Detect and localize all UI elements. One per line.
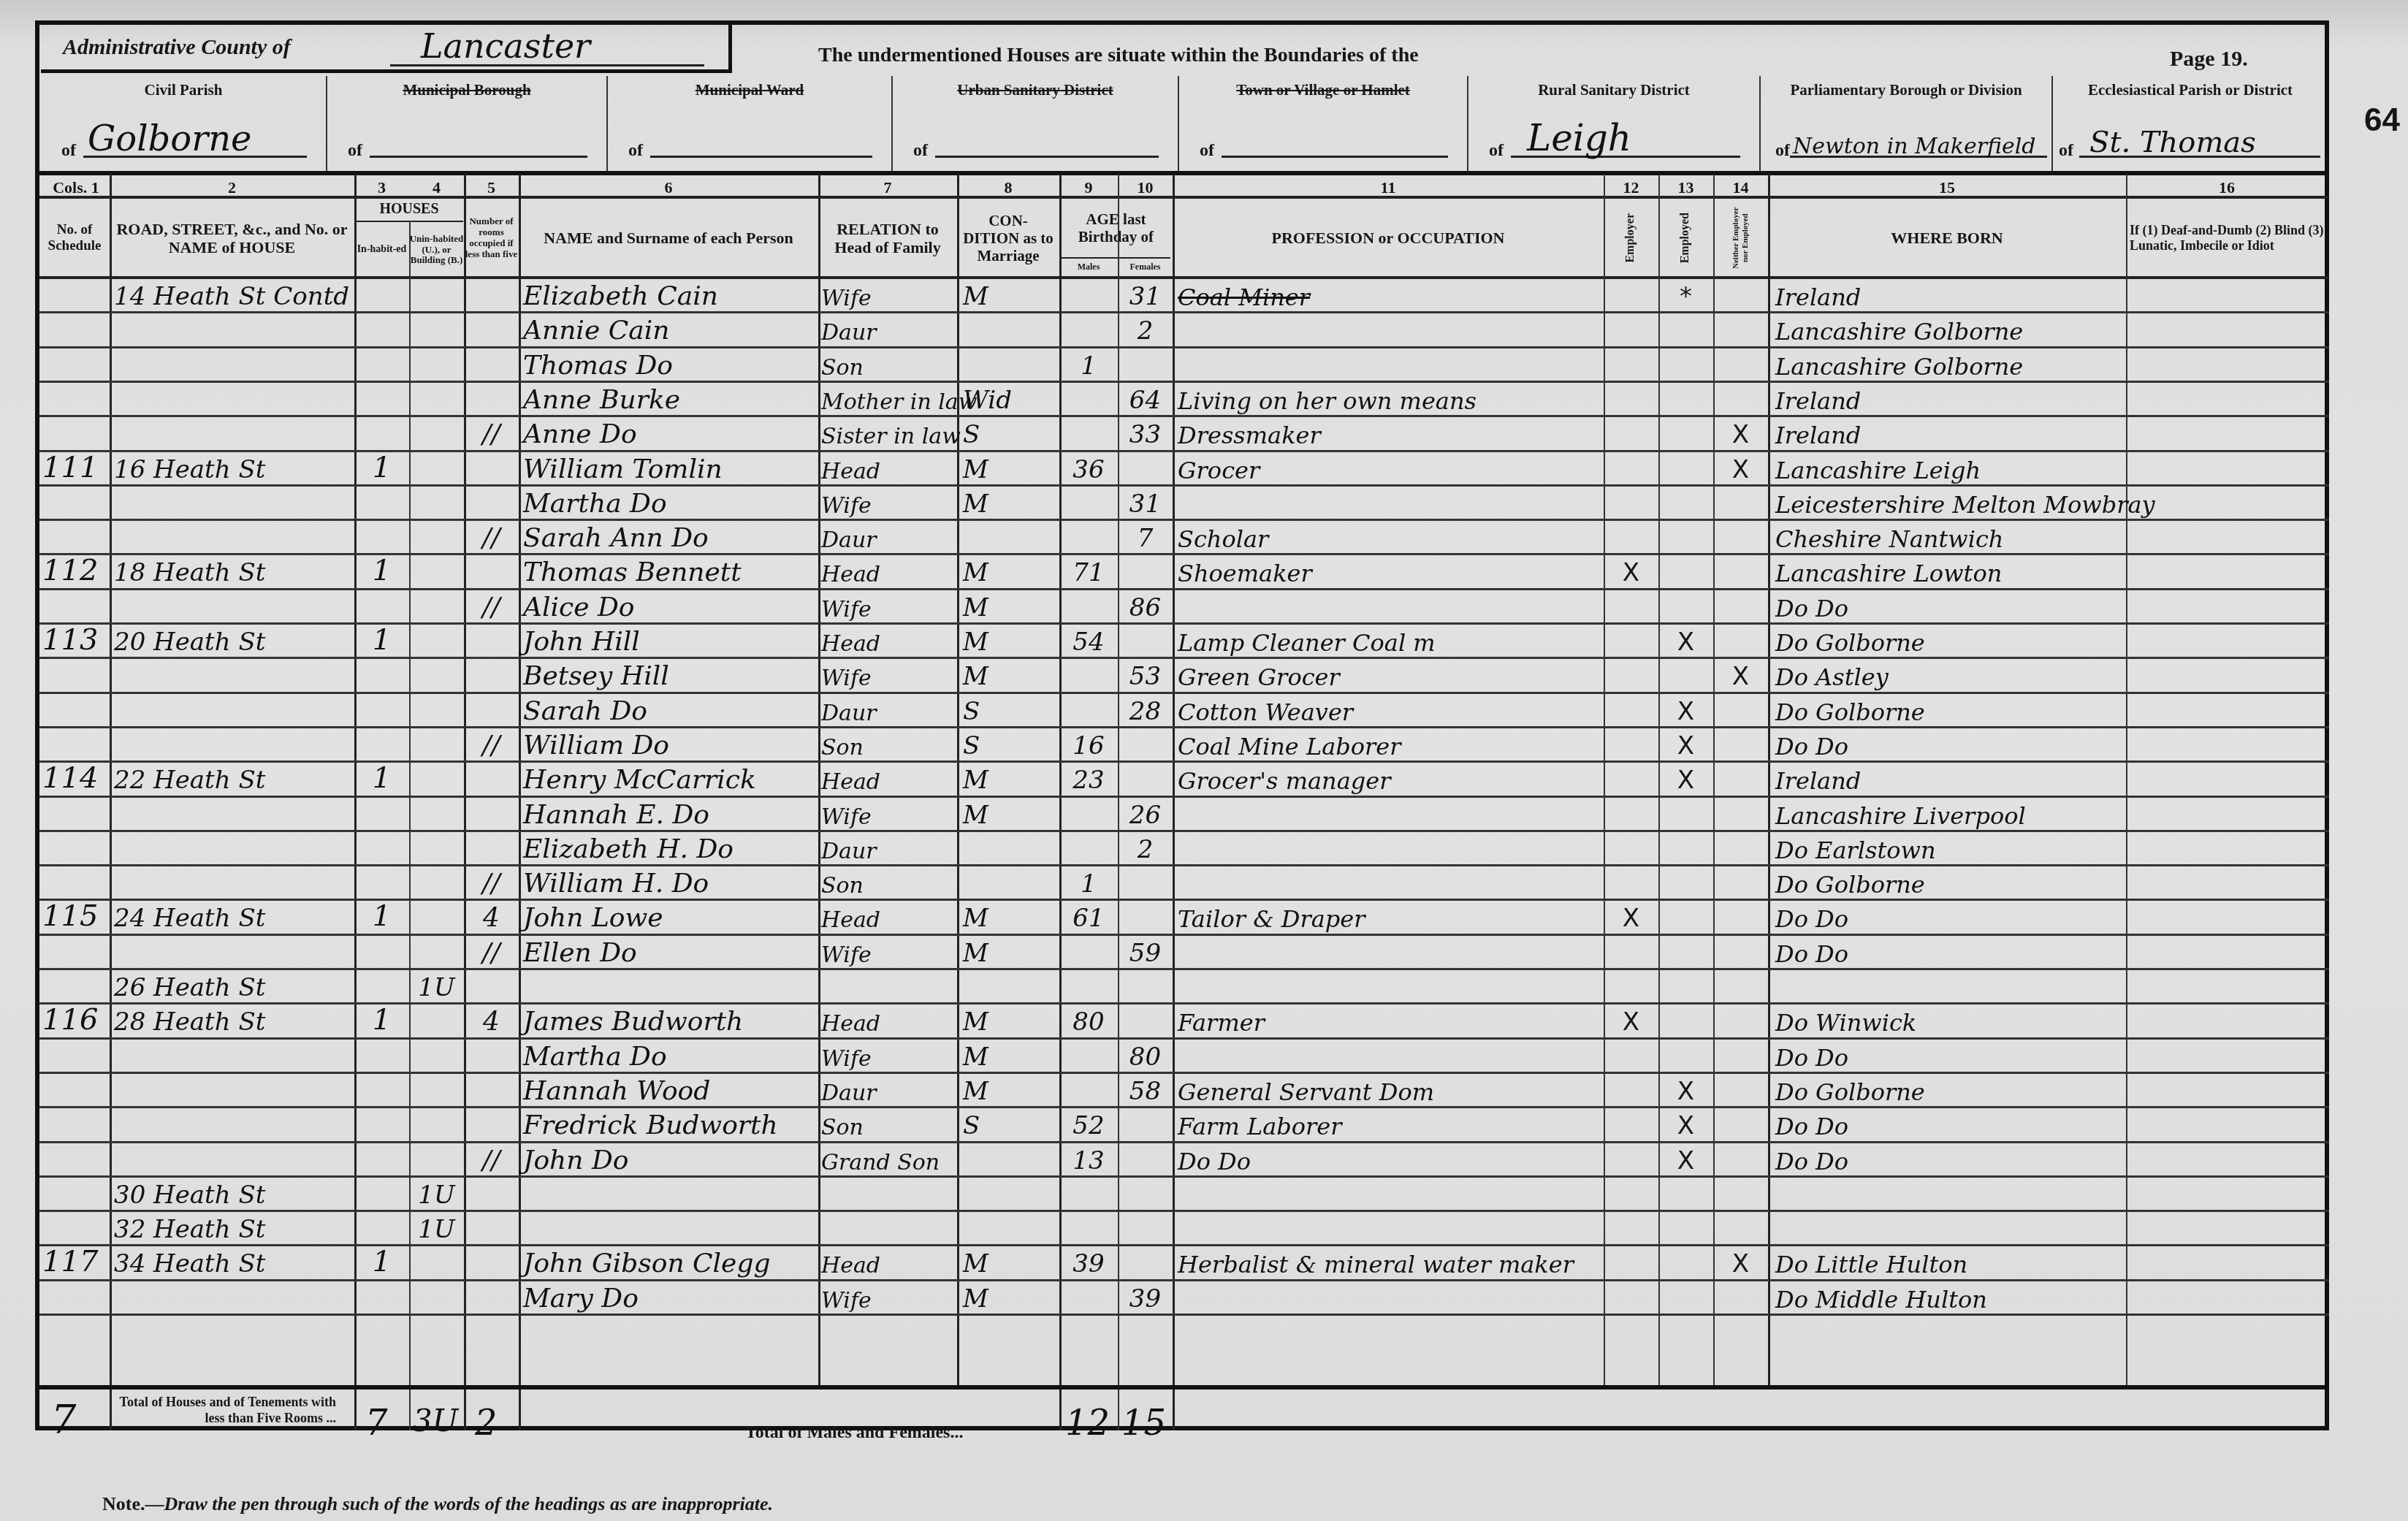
header-males: Males [1059,259,1118,276]
cell-male-age: 1 [1059,866,1118,900]
header-schedule: No. of Schedule [39,199,110,278]
cell-male-age [1059,1074,1118,1108]
cell-schedule: 116 [42,1005,110,1038]
total-persons-label: Total of Males and Females... [745,1423,963,1443]
total-schedules: 7 [51,1397,76,1443]
cell-neither [1713,590,1768,624]
cell-neither [1713,1005,1768,1038]
cell-schedule [42,313,110,347]
cell-relation: Head [821,1246,957,1280]
cell-occupation [1178,936,1604,969]
cell-address [114,1074,354,1108]
cell-name [523,1178,818,1211]
of-label: of [913,141,928,161]
cell-address [114,487,354,520]
cell-female-age: 80 [1118,1040,1173,1073]
cell-address: 18 Heath St [114,555,354,589]
cell-rooms [464,798,519,831]
cell-relation: Sister in law [821,417,957,451]
col-number: 14 [1713,178,1768,197]
cell-address: 22 Heath St [114,763,354,796]
cell-address [114,1281,354,1315]
cell-uninhab [409,866,464,900]
cell-occupation: Farmer [1178,1005,1604,1038]
cell-uninhab [409,1246,464,1280]
cell-neither [1713,1281,1768,1315]
cell-condition: Wid [963,383,1059,416]
col-number: 9 [1059,178,1118,197]
cell-occupation: Tailor & Draper [1178,901,1604,934]
cell-female-age: 31 [1118,487,1173,520]
cell-relation: Wife [821,936,957,969]
cell-born: Ireland [1775,383,2126,416]
cell-address: 30 Heath St [114,1178,354,1211]
cell-employer: X [1604,901,1658,934]
header-rooms: Number of rooms occupied if less than fi… [464,199,519,278]
cell-rooms [464,487,519,520]
cell-relation: Head [821,625,957,658]
cell-inhab [354,1281,409,1315]
cell-condition [963,521,1059,554]
cell-condition: M [963,1246,1059,1280]
cell-born: Do Golborne [1775,866,2126,900]
note-label: Note.— [102,1493,164,1514]
cell-rooms [464,1074,519,1108]
cell-male-age: 61 [1059,901,1118,934]
cell-employed: X [1658,625,1713,658]
cell-schedule: 117 [42,1246,110,1280]
cell-schedule [42,728,110,762]
cell-relation: Daur [821,832,957,866]
cell-rooms: // [464,936,519,969]
cell-uninhab [409,1005,464,1038]
cell-employer [1604,279,1658,313]
cell-rooms [464,1281,519,1315]
cell-condition: M [963,763,1059,796]
cell-employed [1658,832,1713,866]
header-employed: Employed [1658,199,1713,278]
cell-relation: Wife [821,590,957,624]
cell-condition: M [963,279,1059,313]
cell-employed: X [1658,694,1713,728]
cell-rooms [464,694,519,728]
cell-rooms [464,1246,519,1280]
cell-inhab [354,1040,409,1073]
cell-employer [1604,1040,1658,1073]
cell-name: Mary Do [523,1281,818,1315]
cell-employer [1604,1246,1658,1280]
cell-inhab [354,798,409,831]
cell-occupation: Farm Laborer [1178,1108,1604,1142]
cell-uninhab [409,383,464,416]
cell-address [114,1108,354,1142]
cell-employed [1658,313,1713,347]
cell-rooms [464,970,519,1004]
cell-employed [1658,1005,1713,1038]
cell-name: Thomas Do [523,348,818,382]
cell-name: Anne Do [523,417,818,451]
cell-schedule [42,417,110,451]
cell-occupation [1178,1212,1604,1246]
cell-employed [1658,1178,1713,1211]
total-houses-label: Total of Houses and of Tenements with le… [117,1394,336,1426]
district-label: Town or Village or Hamlet [1179,82,1467,98]
cell-condition: M [963,452,1059,486]
employer-label: Employer [1624,213,1637,263]
cell-condition [963,348,1059,382]
cell-uninhab [409,417,464,451]
cell-name: Martha Do [523,1040,818,1073]
cell-employer [1604,763,1658,796]
cell-neither [1713,1074,1768,1108]
cell-born: Lancashire Golborne [1775,313,2126,347]
district-label: Rural Sanitary District [1468,82,1759,98]
cell-employed [1658,936,1713,969]
header-age: AGE last Birthday of [1059,199,1173,257]
cell-condition: S [963,694,1059,728]
cell-employed: X [1658,763,1713,796]
cell-employer [1604,1143,1658,1177]
cell-employer [1604,866,1658,900]
cell-condition: M [963,555,1059,589]
cell-employer [1604,348,1658,382]
cell-schedule [42,279,110,313]
cell-male-age [1059,1212,1118,1246]
cell-occupation: Herbalist & mineral water maker [1178,1246,1604,1280]
cell-employer [1604,487,1658,520]
cell-occupation: Living on her own means [1178,383,1604,416]
cell-condition [963,313,1059,347]
cell-neither [1713,279,1768,313]
cell-employer [1604,694,1658,728]
cell-condition: M [963,1040,1059,1073]
district-label: Parliamentary Borough or Division [1761,82,2051,98]
cell-employed [1658,1040,1713,1073]
cell-inhab [354,832,409,866]
col-rule [519,174,521,1430]
cell-neither [1713,521,1768,554]
district-parliamentary: Parliamentary Borough or Division of New… [1761,76,2053,171]
cell-employed [1658,555,1713,589]
total-rooms: 2 [475,1403,498,1444]
cell-male-age: 52 [1059,1108,1118,1142]
cell-address: 28 Heath St [114,1005,354,1038]
cell-female-age: 64 [1118,383,1173,416]
cell-address [114,417,354,451]
cell-name: Hannah Wood [523,1074,818,1108]
cell-name: Betsey Hill [523,659,818,693]
header-condition: CON-DITION as to Marriage [961,199,1056,278]
cell-neither [1713,694,1768,728]
cell-male-age [1059,417,1118,451]
cell-employed [1658,487,1713,520]
district-value: St. Thomas [2089,126,2256,159]
cell-neither [1713,1212,1768,1246]
cell-male-age [1059,1040,1118,1073]
cell-rooms [464,1212,519,1246]
cell-employer [1604,728,1658,762]
district-municipal-borough: Municipal Borough of [327,76,608,171]
cell-inhab [354,590,409,624]
col-rule [110,174,112,1430]
cell-occupation [1178,866,1604,900]
cell-employer [1604,383,1658,416]
header-neither: Neither Employer nor Employed [1713,199,1768,278]
cell-female-age: 31 [1118,279,1173,313]
cell-female-age: 58 [1118,1074,1173,1108]
cell-condition [963,970,1059,1004]
cell-name: Sarah Do [523,694,818,728]
cell-inhab [354,1212,409,1246]
district-rural-sanitary: Rural Sanitary District of Leigh [1468,76,1761,171]
cell-relation [821,1178,957,1211]
cell-employer [1604,1108,1658,1142]
cell-female-age [1118,1143,1173,1177]
cell-address [114,694,354,728]
cell-male-age: 36 [1059,452,1118,486]
cell-born: Do Do [1775,1143,2126,1177]
cell-schedule [42,1212,110,1246]
cell-neither [1713,936,1768,969]
cell-address [114,659,354,693]
cell-condition [963,1178,1059,1211]
cell-inhab [354,659,409,693]
col-number: 4 [409,178,464,197]
cell-occupation [1178,348,1604,382]
cell-relation: Wife [821,487,957,520]
cell-name: John Lowe [523,901,818,934]
cell-name [523,1212,818,1246]
cell-name: James Budworth [523,1005,818,1038]
cell-uninhab [409,521,464,554]
cell-employed [1658,1246,1713,1280]
cell-female-age [1118,763,1173,796]
cell-uninhab [409,1108,464,1142]
cell-born: Do Do [1775,1040,2126,1073]
district-ecclesiastical: Ecclesiastical Parish or District of St.… [2053,76,2328,171]
cell-born: Leicestershire Melton Mowbray [1775,487,2126,520]
cell-uninhab [409,936,464,969]
col-number: 7 [818,178,957,197]
cell-relation: Wife [821,279,957,313]
cell-employer [1604,625,1658,658]
col-number: 11 [1173,178,1604,197]
cell-rooms [464,313,519,347]
cell-relation: Mother in law [821,383,957,416]
cell-born: Do Do [1775,1108,2126,1142]
cell-occupation: General Servant Dom [1178,1074,1604,1108]
cell-schedule [42,936,110,969]
cell-schedule [42,590,110,624]
cell-condition [963,1143,1059,1177]
header-uninhabited: Unin-habited (U.), or Building (B.) [409,224,464,276]
cell-employed: X [1658,1074,1713,1108]
cell-rooms: // [464,417,519,451]
header-where-born: WHERE BORN [1772,199,2122,278]
cell-uninhab [409,1281,464,1315]
cell-rooms [464,763,519,796]
cell-address: 14 Heath St Contd [114,279,354,313]
cell-rooms: 4 [464,1005,519,1038]
cell-rooms: 4 [464,901,519,934]
cell-neither [1713,798,1768,831]
cell-employed: X [1658,1108,1713,1142]
cell-name: Henry McCarrick [523,763,818,796]
cell-employer [1604,1212,1658,1246]
cell-name: John Hill [523,625,818,658]
cell-rooms [464,555,519,589]
cell-occupation: Lamp Cleaner Coal m [1178,625,1604,658]
of-label: of [1775,141,1790,161]
cell-male-age: 80 [1059,1005,1118,1038]
cell-born: Do Golborne [1775,1074,2126,1108]
cell-uninhab [409,728,464,762]
note-text: Draw the pen through such of the words o… [164,1493,773,1514]
cell-male-age: 23 [1059,763,1118,796]
cell-name: William Do [523,728,818,762]
cell-condition: M [963,936,1059,969]
cell-employed [1658,659,1713,693]
cell-employed [1658,383,1713,416]
cell-male-age [1059,970,1118,1004]
cell-address [114,1040,354,1073]
cell-born: Ireland [1775,279,2126,313]
cell-born: Do Earlstown [1775,832,2126,866]
cell-uninhab [409,1143,464,1177]
cell-rooms [464,625,519,658]
cell-name: William H. Do [523,866,818,900]
cell-male-age [1059,1178,1118,1211]
cell-occupation: Coal Miner [1178,279,1604,313]
cell-born: Do Winwick [1775,1005,2126,1038]
cell-rooms: // [464,1143,519,1177]
cell-inhab: 1 [354,1246,409,1280]
cell-condition: M [963,1074,1059,1108]
cell-occupation [1178,487,1604,520]
cell-uninhab [409,832,464,866]
cell-relation: Head [821,555,957,589]
cell-inhab [354,487,409,520]
cell-relation: Grand Son [821,1143,957,1177]
cell-relation: Wife [821,1281,957,1315]
cell-employed [1658,452,1713,486]
col-number: 5 [464,178,519,197]
cell-uninhab: 1U [409,1212,464,1246]
cell-condition: M [963,590,1059,624]
cell-occupation [1178,590,1604,624]
cell-male-age [1059,383,1118,416]
cell-uninhab [409,763,464,796]
district-value: Golborne [88,118,251,159]
cell-condition: M [963,901,1059,934]
cell-neither [1713,728,1768,762]
cell-inhab [354,1108,409,1142]
cell-neither [1713,1108,1768,1142]
cell-employer [1604,970,1658,1004]
header-relation: RELATION to Head of Family [822,199,953,278]
cell-relation: Son [821,728,957,762]
cell-employed: * [1658,279,1713,313]
cell-relation [821,970,957,1004]
cell-neither [1713,625,1768,658]
cell-condition [963,866,1059,900]
cell-address [114,313,354,347]
cell-condition: M [963,659,1059,693]
cell-schedule: 115 [42,901,110,934]
cell-uninhab [409,590,464,624]
col-number: 3 [354,178,409,197]
cell-female-age [1118,901,1173,934]
page-number: Page 19. [2170,47,2248,72]
cell-rooms [464,348,519,382]
cell-schedule [42,1281,110,1315]
cell-occupation: Do Do [1178,1143,1604,1177]
cell-inhab [354,694,409,728]
cell-occupation: Grocer [1178,452,1604,486]
cell-rooms [464,1178,519,1211]
cell-female-age: 2 [1118,313,1173,347]
district-label: Civil Parish [41,82,326,98]
total-females: 15 [1121,1403,1166,1444]
cell-relation: Head [821,763,957,796]
cell-female-age [1118,1246,1173,1280]
header-inhabited: In-habit-ed [354,224,409,276]
cell-neither [1713,313,1768,347]
district-value: Newton in Makerfield [1793,134,2036,159]
cell-male-age [1059,694,1118,728]
cell-female-age: 7 [1118,521,1173,554]
cell-address [114,728,354,762]
cell-male-age: 13 [1059,1143,1118,1177]
cell-uninhab [409,313,464,347]
cell-inhab [354,866,409,900]
cell-rooms: // [464,590,519,624]
cell-female-age [1118,1212,1173,1246]
cell-employer [1604,590,1658,624]
header-occupation: PROFESSION or OCCUPATION [1176,199,1600,278]
cell-born: Do Do [1775,936,2126,969]
cell-born: Ireland [1775,763,2126,796]
cell-name: Hannah E. Do [523,798,818,831]
of-label: of [1200,141,1214,161]
cell-born: Do Little Hulton [1775,1246,2126,1280]
cell-born: Do Do [1775,901,2126,934]
cell-schedule [42,694,110,728]
col-number: 13 [1658,178,1713,197]
cell-uninhab [409,555,464,589]
folio-number: 64 [2364,102,2400,139]
cell-name: Thomas Bennett [523,555,818,589]
cell-inhab: 1 [354,901,409,934]
cell-name: John Gibson Clegg [523,1246,818,1280]
cell-address [114,383,354,416]
cell-employed [1658,901,1713,934]
col-number: 6 [519,178,818,197]
cell-rooms [464,659,519,693]
cell-employer [1604,1074,1658,1108]
cell-neither [1713,866,1768,900]
col-rule [2126,174,2127,1387]
cell-schedule [42,383,110,416]
cell-uninhab [409,348,464,382]
cell-female-age: 28 [1118,694,1173,728]
cell-address [114,866,354,900]
cell-male-age: 16 [1059,728,1118,762]
cell-male-age [1059,487,1118,520]
cell-male-age [1059,590,1118,624]
cell-born: Ireland [1775,417,2126,451]
cell-employer [1604,659,1658,693]
